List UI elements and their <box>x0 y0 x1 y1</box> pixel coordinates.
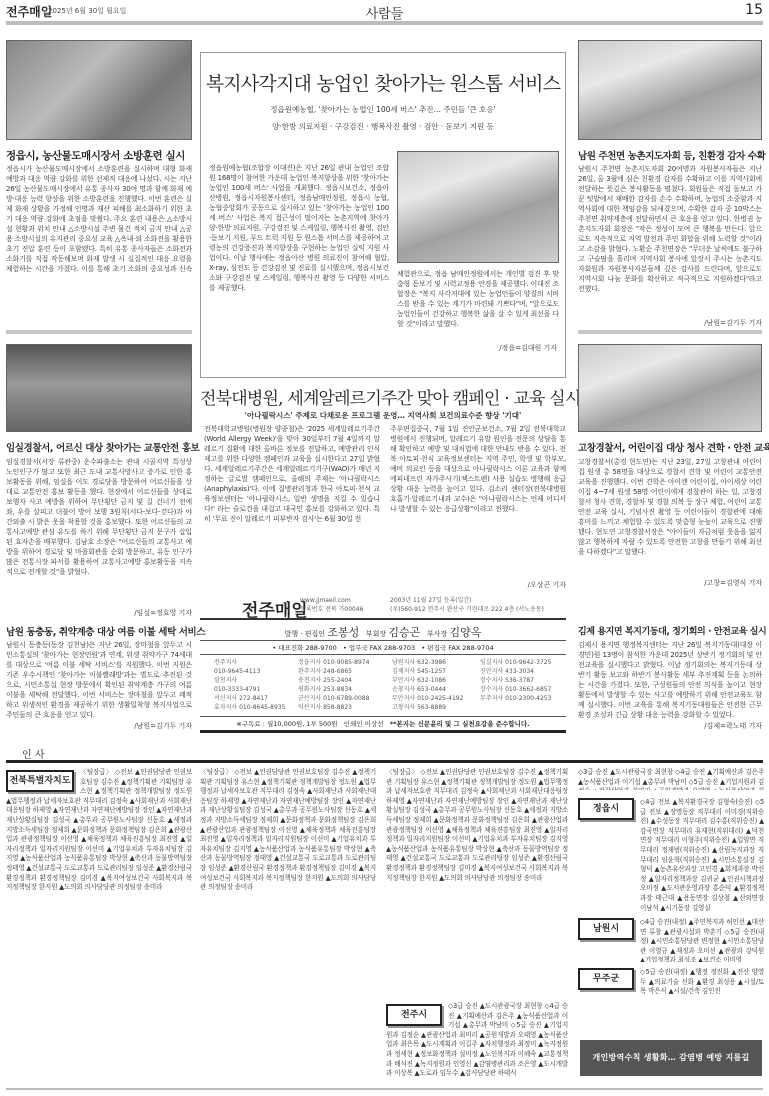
branch-row: 010-9645-4113완주지사 248-6865김제지사 545-1257진… <box>214 667 554 676</box>
feature-subhead: 정읍원예농협, '찾아가는 농업인 100세 버스' 추진… 주민들 '큰 호응… <box>201 104 565 115</box>
feature-byline: /정읍=김대원 기자 <box>499 343 557 353</box>
article-body-col1: 전북대학교병원(병원장 양종철)은 '2025 세계알레르기주간(World A… <box>204 424 380 572</box>
article-headline: 남원 주천면 농촌지도자회 등, 친환경 감자 수확 <box>578 148 764 162</box>
insa-text: 〈팀장급〉 ◇전보 ▲인권담당관 인권보호팀장 김수진 ▲정책기획관 기획팀장 … <box>386 768 568 998</box>
colophon-registration: 등록번호 전북 가00046 <box>300 605 363 614</box>
branch-row: 전주지사정읍지사 010-9085-8974남원지사 632-3986임실지사 … <box>214 658 554 667</box>
article-headline: 전북대병원, 세계알레르기주간 맞아 캠페인 · 교육 실시 <box>200 384 566 409</box>
page-number: 15 <box>745 2 763 18</box>
insa-column-2: 〈팀장급〉 ◇전보 ▲인권담당관 인권보호팀장 김수진 ▲정책기획관 기획팀장 … <box>200 768 376 1088</box>
insa-column-1: 전북특별자치도 〈팀장급〉 ◇전보 ▲인권담당관 인권보호팀장 김수진 ▲정책기… <box>6 768 192 1088</box>
insa-text: ◇4급 승진(내정) ▲주민복지과 허인선 ▲대산면 류창 ▲관광시설과 박춘기… <box>640 912 764 962</box>
publisher-name: 조봉성 <box>327 626 359 639</box>
article-body: 남원시 동충동(동장 김천남)은 지난 26일, 장마철을 앞두고 시민소통실의… <box>6 640 192 720</box>
divider <box>6 330 192 334</box>
colophon-rule <box>200 640 566 641</box>
feature-subhead-2: 양·한방 의료지원 · 구강검진 · 행복사진 촬영 · 검안 · 돋보기 지원… <box>201 121 565 132</box>
article-body: 김제시 용지면 행정복지센터는 지난 26일 복지기동대(대장 이경민)원 13… <box>578 640 762 720</box>
article-photo-fire-drill <box>6 40 192 140</box>
branch-list: 전주지사정읍지사 010-9085-8974남원지사 632-3986임실지사 … <box>214 658 554 712</box>
insa-section-label: 인 사 <box>22 746 45 761</box>
colophon-staff: 발행 · 편집인 조봉성 부회장 김승곤 부사장 김양옥 <box>200 624 566 640</box>
public-service-banner: 개인방역수칙 생활화… 감염병 예방 지름길 <box>580 1040 762 1076</box>
branch-row: 효자지사 010-8645-8935익산지사 858-8823고창지사 563-… <box>214 703 554 712</box>
insa-org-label: 전주시 <box>386 1004 442 1026</box>
branch-row: 삼천지사송천지사 255-2404부안지사 632-1086장수지사 536-3… <box>214 676 554 685</box>
article-subhead: '아나필락시스' 주제로 다채로운 프로그램 운영… 지역사회 보건의료수준 향… <box>200 410 566 421</box>
feature-body-col2: 체험관으로, 정읍 남매인정원에서는 개인별 검진 후 맞춤형 돋보기 및 시력… <box>397 269 559 339</box>
masthead-rule <box>6 21 763 25</box>
vice-chair-name: 김승곤 <box>388 626 420 639</box>
colophon-url: www.jjmaeil.com <box>300 596 351 605</box>
feature-photo-group <box>397 151 559 263</box>
section-title: 사람들 <box>0 3 769 22</box>
colophon-footer: ※구독료 : 월10,000원, 1부 500원 인쇄인 이상선 **본지는 신… <box>200 719 566 728</box>
article-byline: /임실=정효영 기자 <box>6 608 192 618</box>
feature-article: 복지사각지대 농업인 찾아가는 원스톱 서비스 정읍원예농협, '찾아가는 농업… <box>200 52 566 378</box>
insa-text: ◇3급 승진 ▲도시관광국장 최현창 ◇4급 승진 ▲기획예산과 김은주 ▲농식… <box>578 768 764 790</box>
article-body: 남원시 주천면 농촌지도자회 20여명과 자원봉사자들은 지난 26일, 올 3… <box>578 164 762 318</box>
branch-row: 010-3333-4791평화지사 253-8834순창지사 653-0444장… <box>214 685 554 694</box>
article-headline: 임실경찰서, 어르신 대상 찾아가는 교통안전 홍보 <box>6 440 196 454</box>
colophon: 전주매일 www.jjmaeil.com 등록번호 전북 가00046 2003… <box>200 592 566 742</box>
colophon-rule <box>200 618 566 620</box>
article-byline: /오상곤 기자 <box>390 580 566 590</box>
article-photo-potatoes <box>578 40 762 140</box>
colophon-rule <box>200 654 566 655</box>
insa-column-3: 〈팀장급〉 ◇전보 ▲인권담당관 인권보호팀장 김수진 ▲정책기획관 기획팀장 … <box>386 768 568 1088</box>
article-headline: 남원 동충동, 취약계층 대상 여름 이불 세탁 서비스 <box>6 624 196 638</box>
feature-headline: 복지사각지대 농업인 찾아가는 원스톱 서비스 <box>201 69 565 96</box>
insa-text: ◇4급 전보 ▲복지환경국장 김형숙(승진) ◇5급 전보 ▲장명동장 직무대리… <box>640 790 764 912</box>
vp-name: 김양옥 <box>450 626 482 639</box>
insa-org-label: 남원시 <box>578 918 634 940</box>
colophon-address: (우)560-912 전주시 완산구 기린대로 222 4층 (서노송동) <box>390 605 544 614</box>
divider <box>578 330 762 334</box>
page-bottom-rule <box>6 1088 763 1090</box>
colophon-rule <box>200 716 566 717</box>
article-byline: /고창=김영식 기자 <box>578 578 762 588</box>
article-body: 고창경찰서(총경 현도연)는 지난 23일, 27일 고창관내 어린이집 원생 … <box>578 457 762 577</box>
article-byline: /김제=곽노태 기자 <box>578 721 762 731</box>
article-body: 임실경찰서(서장 류관중) 운수파출소는 관내 시골지역 특성상 노인인구가 많… <box>6 457 192 607</box>
article-byline: /남원=김기두 기자 <box>578 318 762 328</box>
vp-label: 부사장 <box>427 630 447 638</box>
page-masthead: 전주매일 2025년 6월 30일 월요일 사람들 15 <box>0 0 769 28</box>
feature-body-col1: 정읍원예농협(조합장 이대진)은 지난 26일 관내 농업인 조합원 168명이… <box>209 163 389 373</box>
article-body-col2: 주우편집중국, 7월 1일 진안군보건소, 7월 2일 전북대학교병원에서 진행… <box>390 424 566 554</box>
colophon-rule <box>200 730 566 733</box>
article-byline: /남원=김기두 기자 <box>6 721 192 731</box>
article-headline: 김제 용지면 복지기동대, 정기회의 · 안전교육 실시 <box>578 624 764 637</box>
branch-row: 서신지사 272-8417군산지사 010-6789-0088무안지사 010-… <box>214 694 554 703</box>
article-body: 정읍시가 농산물도매시장에서 소방훈련을 실시하며 대형 화재 예방과 대응 역… <box>6 164 192 272</box>
article-photo-traffic-safety <box>6 344 192 432</box>
insa-org-label: 전북특별자치도 <box>6 770 74 792</box>
publisher-label: 발행 · 편집인 <box>285 630 326 638</box>
insa-org-label: 정읍시 <box>578 798 634 820</box>
article-photo-kindergarten <box>578 344 762 432</box>
colophon-phones: • 대표전화 288-9700 • 업무국 FAX 288-9703 • 편집국… <box>200 643 566 652</box>
article-headline: 고창경찰서, 어린이집 대상 청사 견학 · 안전 교육 <box>578 440 764 454</box>
colophon-reg-date: 2003년 11월 27일 등록(일간) <box>390 596 472 605</box>
insa-org-label: 무주군 <box>578 968 634 990</box>
article-headline: 정읍시, 농산물도매시장서 소방훈련 실시 <box>6 148 196 163</box>
vice-chair-label: 부회장 <box>366 630 386 638</box>
insa-rule <box>6 760 763 763</box>
